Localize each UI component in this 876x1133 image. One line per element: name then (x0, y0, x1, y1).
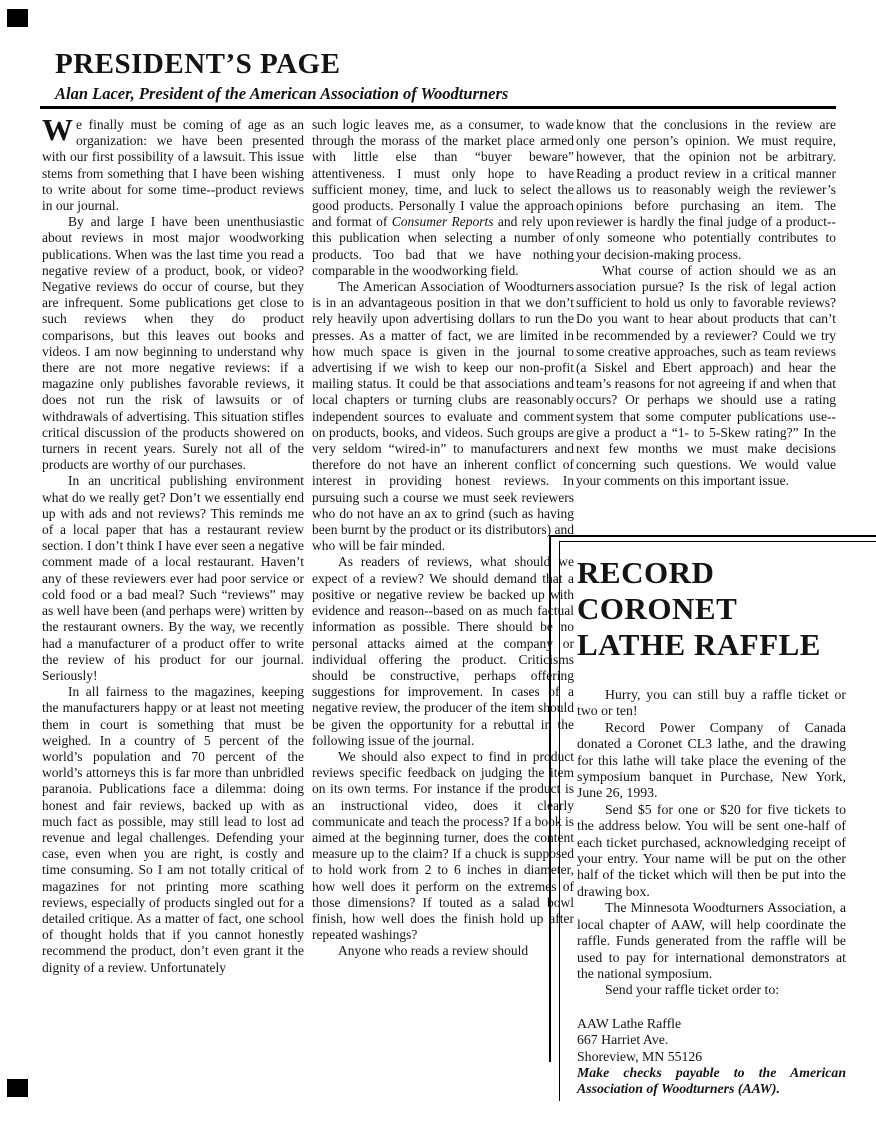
paragraph: such logic leaves me, as a consumer, to … (312, 117, 574, 279)
raffle-body: Hurry, you can still buy a raffle ticket… (577, 687, 846, 1098)
raffle-announcement-box: RECORD CORONET LATHE RAFFLE Hurry, you c… (559, 541, 876, 1101)
column-1: We finally must be coming of age as an o… (42, 117, 304, 976)
mailing-address: AAW Lathe Raffle 667 Harriet Ave. Shorev… (577, 1016, 846, 1065)
paragraph-text: such logic leaves me, as a consumer, to … (312, 117, 574, 229)
paragraph-text: e finally must be coming of age as an or… (42, 117, 304, 213)
paragraph: In an uncritical publishing environment … (42, 473, 304, 684)
payment-note: Make checks payable to the American Asso… (577, 1065, 846, 1098)
paragraph: As readers of reviews, what should we ex… (312, 554, 574, 748)
scan-artifact-bottom-left (7, 1079, 28, 1097)
address-line: 667 Harriet Ave. (577, 1032, 846, 1048)
column-3: know that the conclusions in the review … (576, 117, 836, 490)
paragraph: We finally must be coming of age as an o… (42, 117, 304, 214)
byline: Alan Lacer, President of the American As… (55, 84, 508, 104)
raffle-heading-line: RECORD CORONET (577, 555, 846, 627)
raffle-heading: RECORD CORONET LATHE RAFFLE (577, 555, 846, 663)
publication-name: Consumer Reports (392, 214, 494, 229)
drop-cap: W (42, 117, 76, 142)
page-title: PRESIDENT’S PAGE (55, 48, 340, 81)
address-line: Shoreview, MN 55126 (577, 1049, 846, 1065)
paragraph: What course of action should we as an as… (576, 263, 836, 490)
address-line: AAW Lathe Raffle (577, 1016, 846, 1032)
paragraph: Hurry, you can still buy a raffle ticket… (577, 687, 846, 720)
header-rule (40, 106, 836, 109)
raffle-heading-line: LATHE RAFFLE (577, 627, 846, 663)
paragraph: know that the conclusions in the review … (576, 117, 836, 263)
column-2: such logic leaves me, as a consumer, to … (312, 117, 574, 960)
paragraph: We should also expect to find in product… (312, 749, 574, 943)
paragraph: By and large I have been unenthusiastic … (42, 214, 304, 473)
raffle-box-outer-top-rule (549, 535, 876, 537)
paragraph: In all fairness to the magazines, keepin… (42, 684, 304, 976)
paragraph: Anyone who reads a review should (312, 943, 574, 959)
paragraph: Send your raffle ticket order to: (577, 982, 846, 998)
paragraph: The Minnesota Woodturners Association, a… (577, 900, 846, 982)
paragraph: The American Association of Woodturners … (312, 279, 574, 554)
paragraph: Record Power Company of Canada donated a… (577, 720, 846, 802)
raffle-box-outer-left-rule (549, 535, 551, 1062)
scan-artifact-top-left (7, 9, 28, 27)
scanned-journal-page: PRESIDENT’S PAGE Alan Lacer, President o… (0, 0, 876, 1133)
paragraph: Send $5 for one or $20 for five tickets … (577, 802, 846, 900)
